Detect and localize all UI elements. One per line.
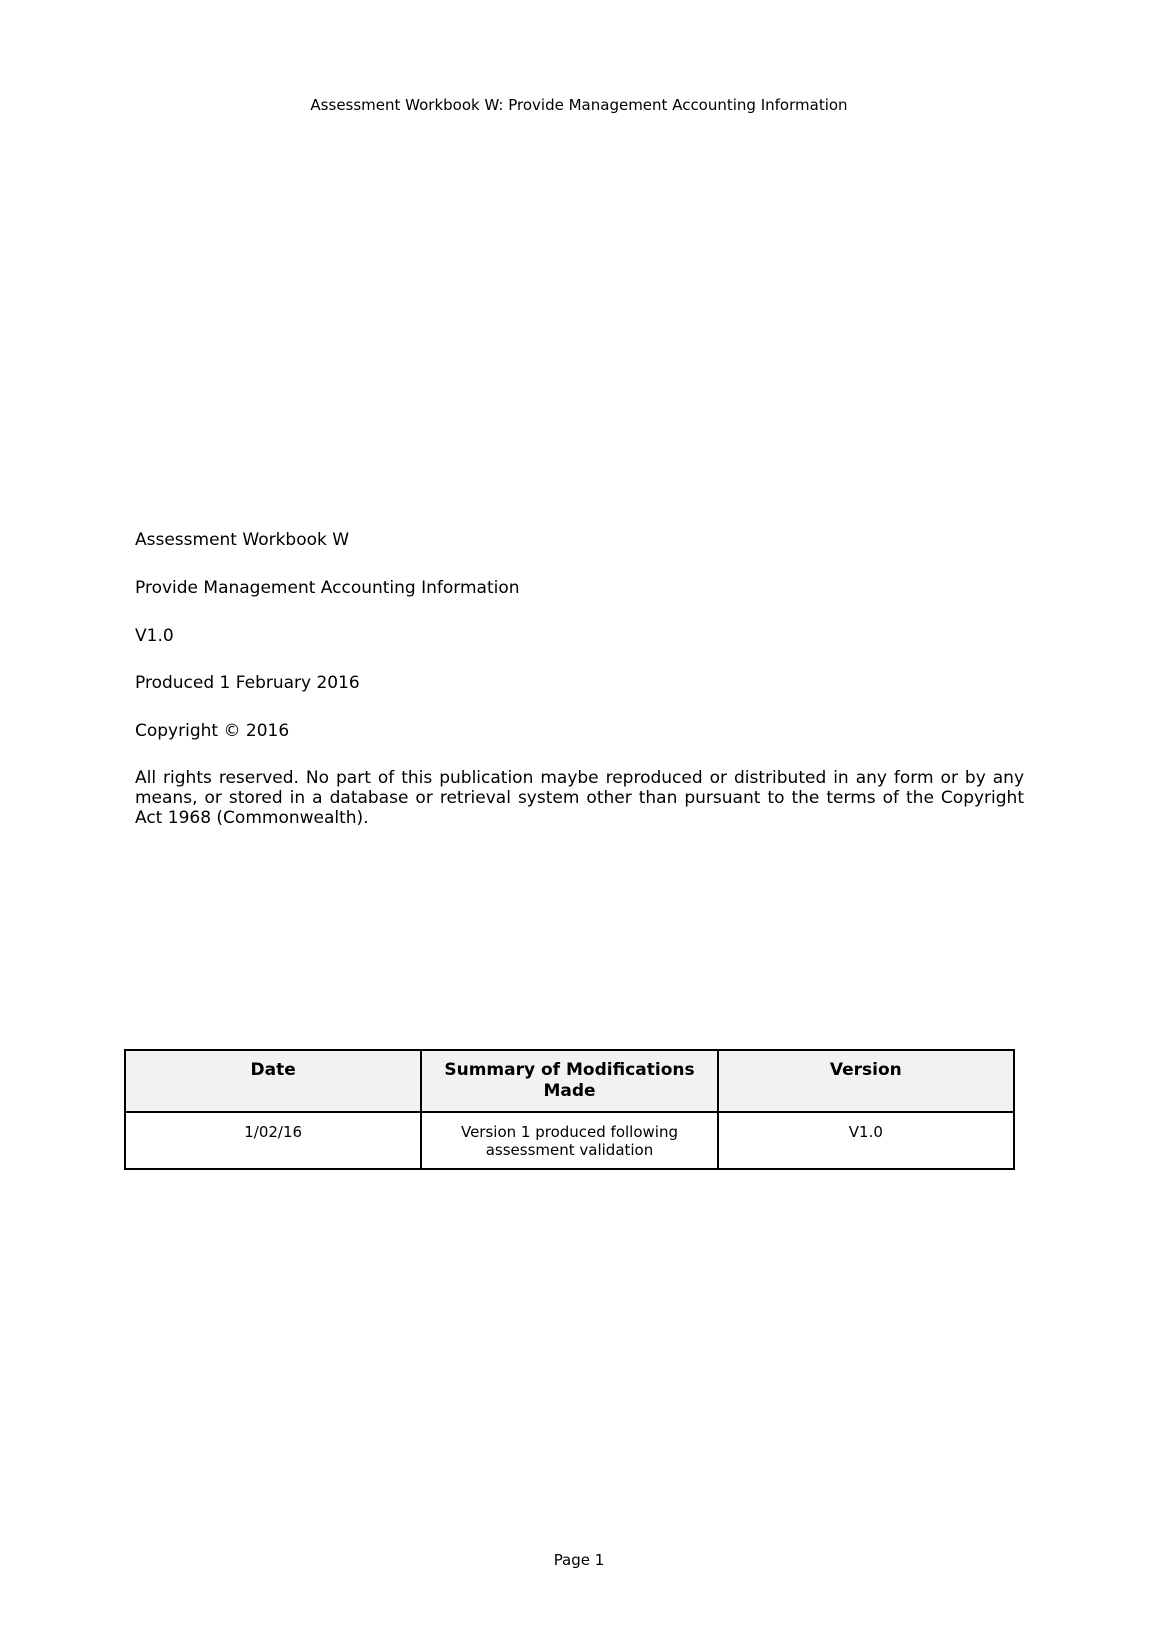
version-label: V1.0 [135,626,174,646]
modifications-table: Date Summary of Modifications Made Versi… [124,1049,1015,1170]
column-header-version: Version [718,1050,1014,1112]
rights-statement: All rights reserved. No part of this pub… [135,768,1024,828]
unit-title: Provide Management Accounting Informatio… [135,578,520,598]
table-header-row: Date Summary of Modifications Made Versi… [125,1050,1014,1112]
running-header: Assessment Workbook W: Provide Managemen… [0,96,1158,114]
column-header-date: Date [125,1050,421,1112]
cell-date: 1/02/16 [125,1112,421,1169]
cell-version: V1.0 [718,1112,1014,1169]
page-number: Page 1 [0,1551,1158,1569]
column-header-summary: Summary of Modifications Made [421,1050,717,1112]
workbook-title: Assessment Workbook W [135,530,349,550]
cell-summary: Version 1 produced following assessment … [421,1112,717,1169]
table-row: 1/02/16 Version 1 produced following ass… [125,1112,1014,1169]
produced-date: Produced 1 February 2016 [135,673,360,693]
copyright-line: Copyright © 2016 [135,721,289,741]
